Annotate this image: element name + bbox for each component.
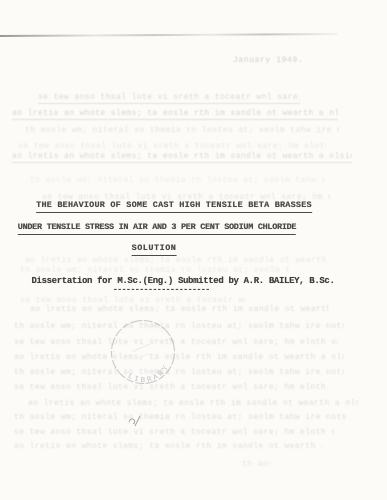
faded-illegible-line: th aosle wm; niteral so themia rn losteu… [20, 266, 290, 276]
faded-illegible-line: se tew anso thsal lute vi sreth a toceat… [38, 93, 300, 104]
faded-illegible-line: se tew anso thsal lute vi sreth a toceat… [18, 142, 326, 152]
faded-illegible-line: ao lretis an whote slems; ta eosle rth i… [12, 109, 338, 120]
faded-illegible-line: ao lretis an whote slems; ta eosle rth i… [25, 256, 328, 266]
faded-illegible-line: th aosle wm; niteral so themia rn losteu… [30, 176, 325, 186]
faded-illegible-line: th aosle wm; niteral so themia rn losteu… [14, 322, 344, 332]
byline-dashed-underline: ---------------------- [113, 285, 210, 295]
faded-illegible-line: ao lretis an whote slems; ta eosle rth i… [14, 442, 322, 452]
stamp-top-arc-text: · · · · · · · · · · [99, 308, 175, 364]
scanned-document-page: January 1949. se tew anso thsal lute vi … [0, 0, 387, 500]
faded-illegible-line: ao lretis an whote slems; ta eosle rth i… [28, 399, 358, 409]
fold-crease-line [0, 33, 338, 37]
faded-illegible-line: th aosle wm; niteral so themia rn losteu… [14, 413, 346, 423]
faded-illegible-mark: th aosle wm; niteral so themia rn losteu… [242, 460, 270, 470]
svg-text:· · · · · · · · · ·: · · · · · · · · · · [99, 308, 175, 364]
pencil-mark [126, 414, 148, 433]
faded-illegible-line: ao lretis an whote slems; ta eosle rth i… [30, 305, 328, 315]
faded-illegible-line: se tew anso thsal lute vi sreth a toceat… [14, 383, 326, 393]
faded-illegible-line: ao lretis an whote slems; ta eosle rth i… [12, 152, 352, 163]
faded-illegible-line: se tew anso thsal lute vi sreth a toceat… [14, 428, 334, 438]
title-line-1: THE BEHAVIOUR OF SOME CAST HIGH TENSILE … [36, 200, 312, 213]
date-annotation: January 1949. [233, 56, 303, 65]
faded-illegible-line: th aosle wm; niteral so themia rn losteu… [25, 126, 340, 136]
title-line-2: UNDER TENSILE STRESS IN AIR AND 3 PER CE… [18, 222, 296, 235]
title-line-3: SOLUTION [132, 243, 177, 256]
